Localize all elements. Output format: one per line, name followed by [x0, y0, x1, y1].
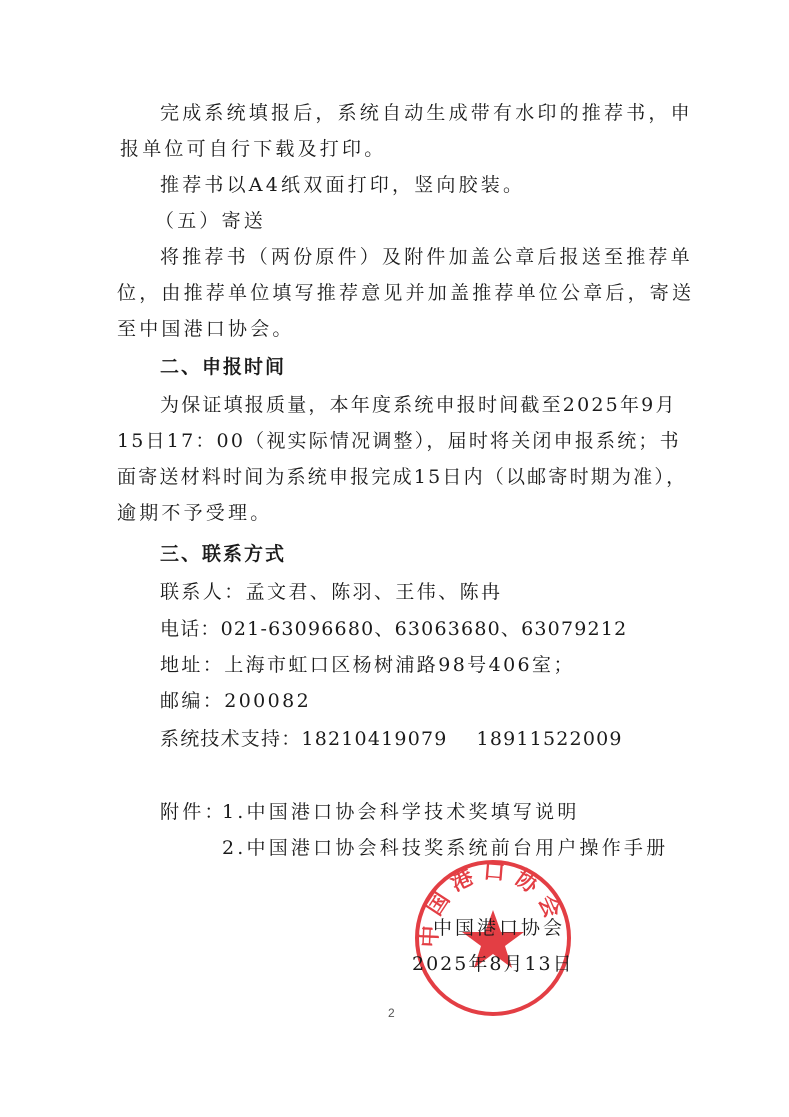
document-page: 完成系统填报后，系统自动生成带有水印的推荐书，申 报单位可自行下载及打印。 推荐…: [0, 0, 789, 1117]
subheading-send: （五）寄送: [155, 209, 266, 233]
paragraph-line: 将推荐书（两份原件）及附件加盖公章后报送至推荐单: [160, 245, 693, 269]
paragraph-line: 为保证填报质量，本年度系统申报时间截至2025年9月: [160, 393, 677, 417]
paragraph-line: 位，由推荐单位填写推荐意见并加盖推荐单位公章后，寄送: [117, 281, 694, 305]
attachment-item: 1.中国港口协会科学技术奖填写说明: [222, 800, 580, 824]
signature-date: 2025年8月13日: [412, 949, 574, 976]
attachment-item: 2.中国港口协会科技奖系统前台用户操作手册: [222, 836, 668, 860]
paragraph-line: 15日17：00（视实际情况调整），届时将关闭申报系统；书: [117, 429, 681, 453]
contact-tech-support: 系统技术支持：18210419079 18911522009: [160, 727, 623, 751]
section-heading-contact: 三、联系方式: [160, 542, 286, 566]
section-heading-time: 二、申报时间: [160, 355, 286, 379]
paragraph-line: 逾期不予受理。: [117, 501, 272, 525]
contact-phone: 电话：021-63096680、63063680、63079212: [160, 617, 627, 641]
contact-persons: 联系人：孟文君、陈羽、王伟、陈冉: [160, 580, 502, 604]
paragraph-line: 完成系统填报后，系统自动生成带有水印的推荐书，申: [160, 101, 693, 125]
paragraph-line: 面寄送材料时间为系统申报完成15日内（以邮寄时期为准），: [117, 465, 687, 489]
contact-address: 地址：上海市虹口区杨树浦路98号406室；: [160, 653, 575, 677]
attachments-label: 附件：: [160, 800, 227, 824]
paragraph-line: 至中国港口协会。: [117, 317, 295, 341]
page-number: 2: [388, 1006, 395, 1020]
paragraph-line: 报单位可自行下载及打印。: [120, 137, 386, 161]
paragraph-line: 推荐书以A4纸双面打印，竖向胶装。: [160, 173, 525, 197]
contact-postcode: 邮编：200082: [160, 689, 311, 713]
signature-org: 中国港口协会: [433, 913, 565, 940]
